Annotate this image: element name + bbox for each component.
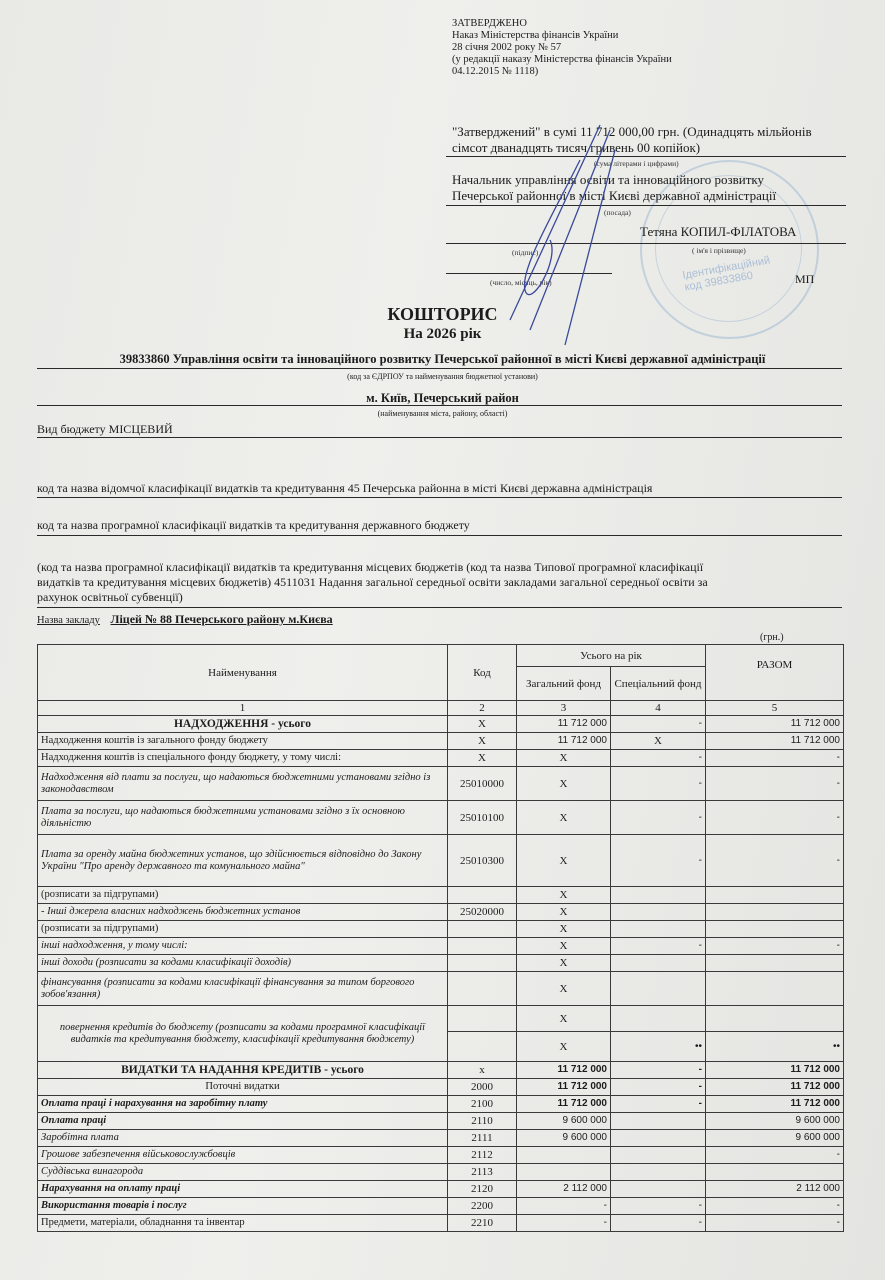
- row-special: [611, 972, 706, 1006]
- row-general: 11 712 000: [517, 1062, 611, 1079]
- row-code: 2210: [448, 1215, 517, 1232]
- row-general: 11 712 000: [517, 733, 611, 750]
- row-general: -: [517, 1215, 611, 1232]
- row-code: 25010000: [448, 767, 517, 801]
- name-caption: ( ім'я і прізвище): [692, 246, 746, 255]
- row-general: X: [517, 921, 611, 938]
- row-general: [517, 1147, 611, 1164]
- budget-type: Вид бюджету МІСЦЕВИЙ: [37, 422, 173, 437]
- row-special: X: [611, 733, 706, 750]
- local-program-line: рахунок освітньої субвенції): [37, 590, 842, 605]
- facility-name: Ліцей № 88 Печерського району м.Києва: [111, 612, 333, 626]
- row-special: [611, 921, 706, 938]
- approval-header-line: (у редакції наказу Міністерства фінансів…: [452, 54, 672, 66]
- header-special-fund: Спеціальний фонд: [611, 667, 706, 701]
- row-total: [706, 904, 844, 921]
- facility: Назва закладу Ліцей № 88 Печерського рай…: [37, 612, 333, 627]
- row-general: -: [517, 1198, 611, 1215]
- document-page: ЗАТВЕРДЖЕНО Наказ Міністерства фінансів …: [0, 0, 885, 1280]
- divider: [37, 368, 842, 369]
- row-code: 2000: [448, 1079, 517, 1096]
- table-row: Заробітна плата21119 600 0009 600 000: [38, 1130, 844, 1147]
- document-year: На 2026 рік: [0, 326, 885, 343]
- row-special: -: [611, 716, 706, 733]
- row-total: 2 112 000: [706, 1181, 844, 1198]
- table-row: ВИДАТКИ ТА НАДАННЯ КРЕДИТІВ - усьогох11 …: [38, 1062, 844, 1079]
- row-name: - Інші джерела власних надходжень бюджет…: [38, 904, 448, 921]
- table-row: фінансування (розписати за кодами класиф…: [38, 972, 844, 1006]
- row-general: X: [517, 1006, 611, 1032]
- row-total: [706, 1164, 844, 1181]
- row-code: [448, 887, 517, 904]
- row-special: -: [611, 1062, 706, 1079]
- expense-section: ВИДАТКИ ТА НАДАННЯ КРЕДИТІВ - усьогох11 …: [38, 1062, 844, 1232]
- local-program-line: видатків та кредитування місцевих бюджет…: [37, 575, 842, 590]
- table-row: Надходження від плати за послуги, що над…: [38, 767, 844, 801]
- table-row: - Інші джерела власних надходжень бюджет…: [38, 904, 844, 921]
- header-name: Найменування: [38, 645, 448, 701]
- row-code: 2110: [448, 1113, 517, 1130]
- row-special: [611, 1130, 706, 1147]
- document-title: КОШТОРИС: [0, 304, 885, 325]
- institution-name: 39833860 Управління освіти та інноваційн…: [0, 352, 885, 367]
- row-total: 11 712 000: [706, 1062, 844, 1079]
- row-name: Грошове забезпечення військовослужбовців: [38, 1147, 448, 1164]
- header-total: РАЗОМ: [706, 645, 844, 701]
- divider: [37, 405, 842, 406]
- row-code: х: [448, 1062, 517, 1079]
- row-total: 9 600 000: [706, 1113, 844, 1130]
- row-total: -: [706, 1198, 844, 1215]
- row-general: X: [517, 955, 611, 972]
- row-code: [448, 921, 517, 938]
- row-general: 2 112 000: [517, 1181, 611, 1198]
- city-caption: (найменування міста, району, області): [0, 409, 885, 418]
- row-total: [706, 1006, 844, 1032]
- budget-table: Найменування Код Усього на рік РАЗОМ Заг…: [37, 644, 844, 1232]
- row-total: 11 712 000: [706, 716, 844, 733]
- table-row: Надходження коштів із спеціального фонду…: [38, 750, 844, 767]
- row-special: -: [611, 835, 706, 887]
- column-number: 5: [706, 701, 844, 716]
- currency-note: (грн.): [760, 632, 784, 643]
- approval-header-line: 28 січня 2002 року № 57: [452, 42, 672, 54]
- table-row: Суддівська винагорода2113: [38, 1164, 844, 1181]
- table-row: інші надходження, у тому числі:X--: [38, 938, 844, 955]
- row-name: Оплата праці і нарахування на заробітну …: [38, 1096, 448, 1113]
- row-special: -: [611, 1079, 706, 1096]
- table-row: (розписати за підгрупами)X: [38, 921, 844, 938]
- row-special: [611, 1006, 706, 1032]
- row-total: 11 712 000: [706, 1079, 844, 1096]
- row-code: X: [448, 716, 517, 733]
- stamp-label: МП: [795, 272, 814, 287]
- row-name: Оплата праці: [38, 1113, 448, 1130]
- row-general: 9 600 000: [517, 1130, 611, 1147]
- table-row: Надходження коштів із загального фонду б…: [38, 733, 844, 750]
- row-special: [611, 887, 706, 904]
- row-special: -: [611, 938, 706, 955]
- row-special: [611, 1113, 706, 1130]
- column-number: 2: [448, 701, 517, 716]
- row-code: 25020000: [448, 904, 517, 921]
- row-code: [448, 938, 517, 955]
- row-special: [611, 904, 706, 921]
- approval-header-line: 04.12.2015 № 1118): [452, 66, 672, 78]
- row-special: -: [611, 750, 706, 767]
- local-program-classification: (код та назва програмної класифікації ви…: [37, 560, 842, 605]
- column-number: 4: [611, 701, 706, 716]
- facility-label: Назва закладу: [37, 615, 100, 626]
- row-general: [517, 1164, 611, 1181]
- row-total: -: [706, 750, 844, 767]
- row-name: Нарахування на оплату праці: [38, 1181, 448, 1198]
- row-code: [448, 1006, 517, 1032]
- approval-header-line: Наказ Міністерства фінансів України: [452, 30, 672, 42]
- row-code: [448, 972, 517, 1006]
- row-code: 2113: [448, 1164, 517, 1181]
- row-total: -: [706, 767, 844, 801]
- local-program-line: (код та назва програмної класифікації ви…: [37, 560, 842, 575]
- row-total: [706, 921, 844, 938]
- state-program-classification: код та назва програмної класифікації вид…: [37, 518, 470, 533]
- row-name: Поточні видатки: [38, 1079, 448, 1096]
- header-code: Код: [448, 645, 517, 701]
- row-code: X: [448, 733, 517, 750]
- row-general: 9 600 000: [517, 1113, 611, 1130]
- table-row: Плата за послуги, що надаються бюджетним…: [38, 801, 844, 835]
- row-name: Суддівська винагорода: [38, 1164, 448, 1181]
- table-row: Оплата праці і нарахування на заробітну …: [38, 1096, 844, 1113]
- row-special: [611, 955, 706, 972]
- row-general: X: [517, 750, 611, 767]
- row-general: 11 712 000: [517, 1079, 611, 1096]
- approval-header: ЗАТВЕРДЖЕНО Наказ Міністерства фінансів …: [452, 18, 672, 78]
- divider: [37, 497, 842, 498]
- row-general: X: [517, 887, 611, 904]
- row-total: 11 712 000: [706, 1096, 844, 1113]
- row-special: [611, 1147, 706, 1164]
- row-special: -: [611, 1198, 706, 1215]
- row-general: 11 712 000: [517, 1096, 611, 1113]
- row-total: -: [706, 801, 844, 835]
- header-year-total: Усього на рік: [517, 645, 706, 667]
- city-name: м. Київ, Печерський район: [0, 391, 885, 406]
- divider: [37, 437, 842, 438]
- row-code: 2200: [448, 1198, 517, 1215]
- divider: [37, 607, 842, 608]
- table-row: повернення кредитів до бюджету (розписат…: [38, 1006, 844, 1032]
- table-row: Грошове забезпечення військовослужбовців…: [38, 1147, 844, 1164]
- row-name: Плата за оренду майна бюджетних установ,…: [38, 835, 448, 887]
- departmental-classification: код та назва відомчої класифікації видат…: [37, 481, 652, 496]
- row-code: 25010100: [448, 801, 517, 835]
- row-general: 11 712 000: [517, 716, 611, 733]
- row-general: X: [517, 835, 611, 887]
- row-code: 2111: [448, 1130, 517, 1147]
- row-name: інші надходження, у тому числі:: [38, 938, 448, 955]
- row-total: -: [706, 1147, 844, 1164]
- row-name: інші доходи (розписати за кодами класифі…: [38, 955, 448, 972]
- row-code: 25010300: [448, 835, 517, 887]
- signatory-name: Тетяна КОПИЛ-ФІЛАТОВА: [640, 224, 796, 240]
- row-name: (розписати за підгрупами): [38, 921, 448, 938]
- row-total: [706, 887, 844, 904]
- row-name: Плата за послуги, що надаються бюджетним…: [38, 801, 448, 835]
- table-row: інші доходи (розписати за кодами класифі…: [38, 955, 844, 972]
- row-code: 2112: [448, 1147, 517, 1164]
- row-name: Надходження від плати за послуги, що над…: [38, 767, 448, 801]
- row-name: Надходження коштів із спеціального фонду…: [38, 750, 448, 767]
- row-code: X: [448, 750, 517, 767]
- divider: [37, 535, 842, 536]
- row-name: НАДХОДЖЕННЯ - усього: [38, 716, 448, 733]
- loan-return-section: повернення кредитів до бюджету (розписат…: [38, 1006, 844, 1062]
- row-special: [611, 1164, 706, 1181]
- row-special: ••: [611, 1032, 706, 1062]
- row-name: фінансування (розписати за кодами класиф…: [38, 972, 448, 1006]
- row-total: -: [706, 938, 844, 955]
- row-name: повернення кредитів до бюджету (розписат…: [38, 1006, 448, 1062]
- institution-caption: (код за ЄДРПОУ та найменування бюджетної…: [0, 372, 885, 381]
- row-general: X: [517, 767, 611, 801]
- row-special: -: [611, 1096, 706, 1113]
- row-name: Надходження коштів із загального фонду б…: [38, 733, 448, 750]
- column-number-row: 1 2 3 4 5: [38, 701, 844, 716]
- row-special: [611, 1181, 706, 1198]
- row-name: Заробітна плата: [38, 1130, 448, 1147]
- row-code: [448, 1032, 517, 1062]
- column-number: 1: [38, 701, 448, 716]
- table-row: Предмети, матеріали, обладнання та інвен…: [38, 1215, 844, 1232]
- approval-header-line: ЗАТВЕРДЖЕНО: [452, 18, 672, 30]
- row-code: 2100: [448, 1096, 517, 1113]
- row-general: X: [517, 801, 611, 835]
- row-code: [448, 955, 517, 972]
- row-general: X: [517, 904, 611, 921]
- row-total: ••: [706, 1032, 844, 1062]
- table-header-row: Найменування Код Усього на рік РАЗОМ: [38, 645, 844, 667]
- row-name: ВИДАТКИ ТА НАДАННЯ КРЕДИТІВ - усього: [38, 1062, 448, 1079]
- row-name: Предмети, матеріали, обладнання та інвен…: [38, 1215, 448, 1232]
- table-row: (розписати за підгрупами)X: [38, 887, 844, 904]
- row-total: -: [706, 1215, 844, 1232]
- header-general-fund: Загальний фонд: [517, 667, 611, 701]
- table-row: НАДХОДЖЕННЯ - усьогоX11 712 000-11 712 0…: [38, 716, 844, 733]
- row-general: X: [517, 972, 611, 1006]
- income-section: НАДХОДЖЕННЯ - усьогоX11 712 000-11 712 0…: [38, 716, 844, 1006]
- row-general: X: [517, 1032, 611, 1062]
- row-total: -: [706, 835, 844, 887]
- row-special: -: [611, 767, 706, 801]
- table-row: Нарахування на оплату праці21202 112 000…: [38, 1181, 844, 1198]
- table-row: Використання товарів і послуг2200---: [38, 1198, 844, 1215]
- table-row: Плата за оренду майна бюджетних установ,…: [38, 835, 844, 887]
- row-total: 11 712 000: [706, 733, 844, 750]
- table-row: Поточні видатки200011 712 000-11 712 000: [38, 1079, 844, 1096]
- column-number: 3: [517, 701, 611, 716]
- table-row: Оплата праці21109 600 0009 600 000: [38, 1113, 844, 1130]
- row-general: X: [517, 938, 611, 955]
- row-total: [706, 955, 844, 972]
- row-special: -: [611, 801, 706, 835]
- row-special: -: [611, 1215, 706, 1232]
- row-total: [706, 972, 844, 1006]
- row-total: 9 600 000: [706, 1130, 844, 1147]
- row-code: 2120: [448, 1181, 517, 1198]
- row-name: Використання товарів і послуг: [38, 1198, 448, 1215]
- row-name: (розписати за підгрупами): [38, 887, 448, 904]
